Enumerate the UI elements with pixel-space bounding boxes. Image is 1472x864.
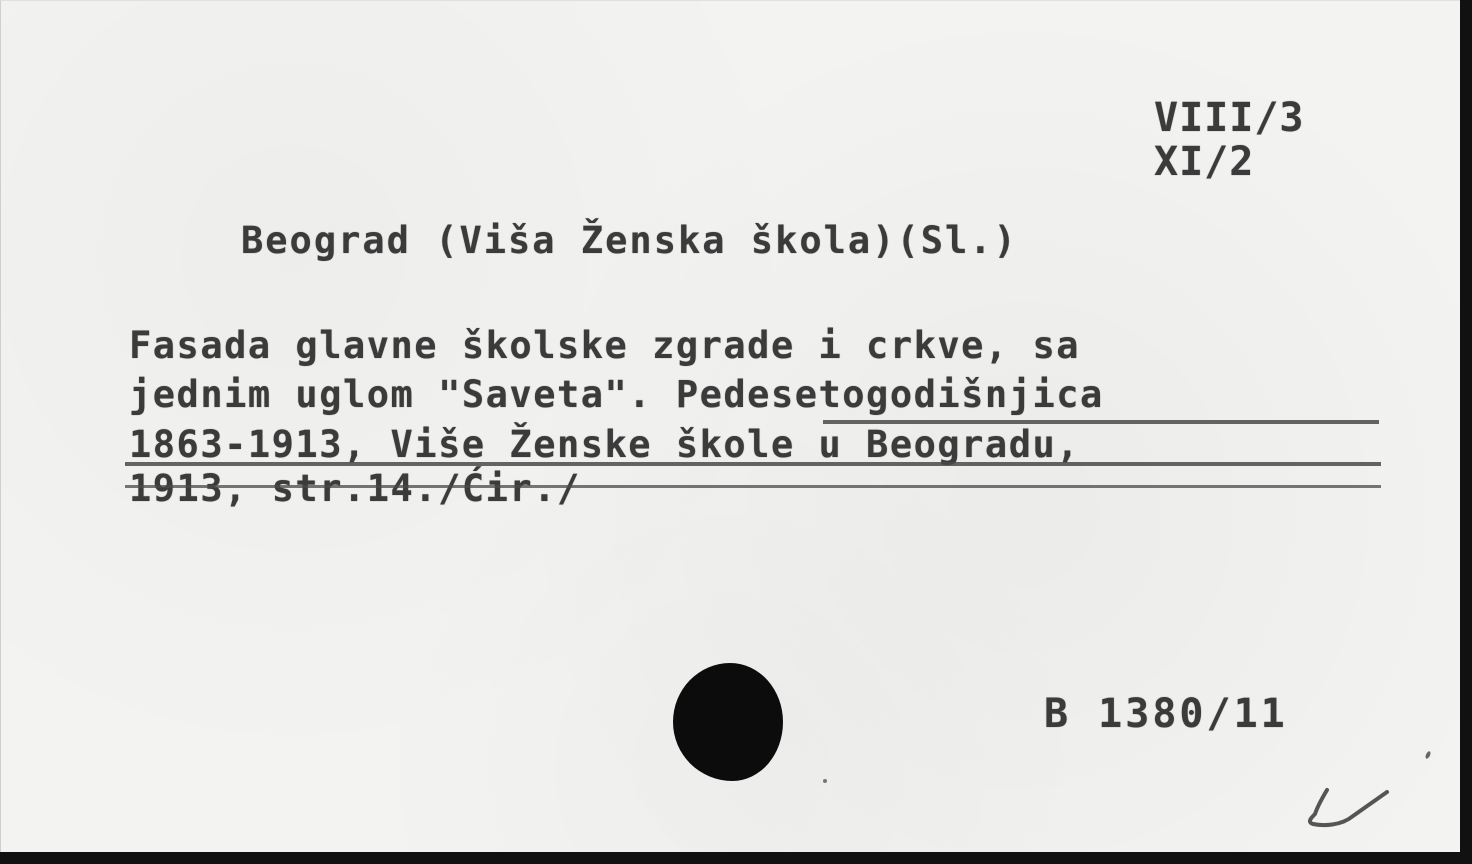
ink-speck — [823, 779, 827, 783]
shelf-mark-secondary: XI/2 — [1154, 141, 1254, 183]
catalog-card: VIII/3 XI/2 Beograd (Viša Ženska škola)(… — [0, 0, 1461, 853]
shelf-mark-primary: VIII/3 — [1154, 97, 1305, 139]
handwritten-initials-icon — [1301, 786, 1411, 846]
card-heading: Beograd (Viša Ženska škola)(Sl.) — [241, 219, 1018, 262]
description-line: jednim uglom "Saveta". Pedesetogodišnjic… — [129, 373, 1104, 416]
citation-underline — [823, 420, 1379, 424]
punch-hole-icon — [673, 663, 783, 781]
ink-speck — [1424, 751, 1431, 760]
citation-underline — [125, 485, 1381, 488]
description-line: 1913, str.14./Ćir./ — [129, 467, 581, 510]
description-line: 1863-1913, Više Ženske škole u Beogradu, — [129, 423, 1080, 466]
scan-border-right — [1460, 0, 1472, 864]
citation-underline — [125, 462, 1381, 466]
call-number: B 1380/11 — [1044, 691, 1288, 737]
scan-border-bottom — [0, 852, 1472, 864]
description-line: Fasada glavne školske zgrade i crkve, sa — [129, 324, 1080, 367]
